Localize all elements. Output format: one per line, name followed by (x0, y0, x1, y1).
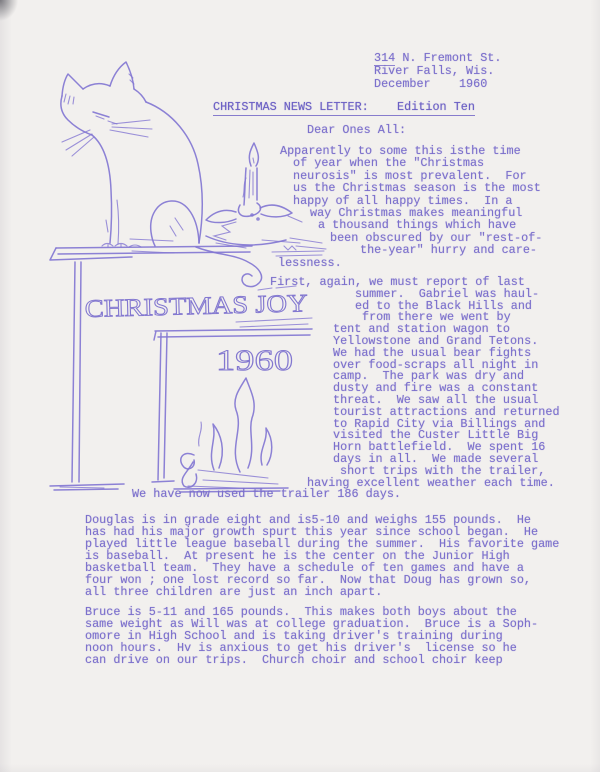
text-line: lessness. (0, 257, 600, 269)
text-line: of year when the "Christmas (0, 157, 600, 169)
text-line: the-year" hurry and care- (0, 244, 600, 256)
paragraph-douglas: Douglas is in grade eight and is5-10 and… (0, 514, 600, 598)
paragraph-intro: Apparently to some this isthe timeof yea… (0, 145, 600, 269)
letterhead-line: December 1960 (374, 78, 501, 91)
heading-wrap: CHRISTMAS NEWS LETTER: Edition Ten (213, 97, 475, 116)
paragraph-summer-trip: First, again, we must report of lastsumm… (0, 277, 600, 501)
text-line: from there we went by (0, 312, 600, 324)
paragraph-bruce: Bruce is 5-11 and 165 pounds. This makes… (0, 606, 600, 666)
text-line: can drive on our trips. Church choir and… (0, 654, 600, 666)
text-line: We have now used the trailer 186 days. (0, 489, 600, 501)
salutation: Dear Ones All: (307, 123, 406, 137)
newsletter-title: CHRISTMAS NEWS LETTER: Edition Ten (213, 101, 475, 116)
scanned-letter-page: { "meta": { "ink_color": "#7c70cc", "pap… (0, 0, 600, 772)
text-line: a thousand things which have (0, 219, 600, 231)
letterhead: 314 N. Fremont St.River Falls, Wis.Decem… (374, 52, 501, 91)
text-line: all three children are just an inch apar… (0, 586, 600, 598)
text-line: us the Christmas season is the most (0, 182, 600, 194)
